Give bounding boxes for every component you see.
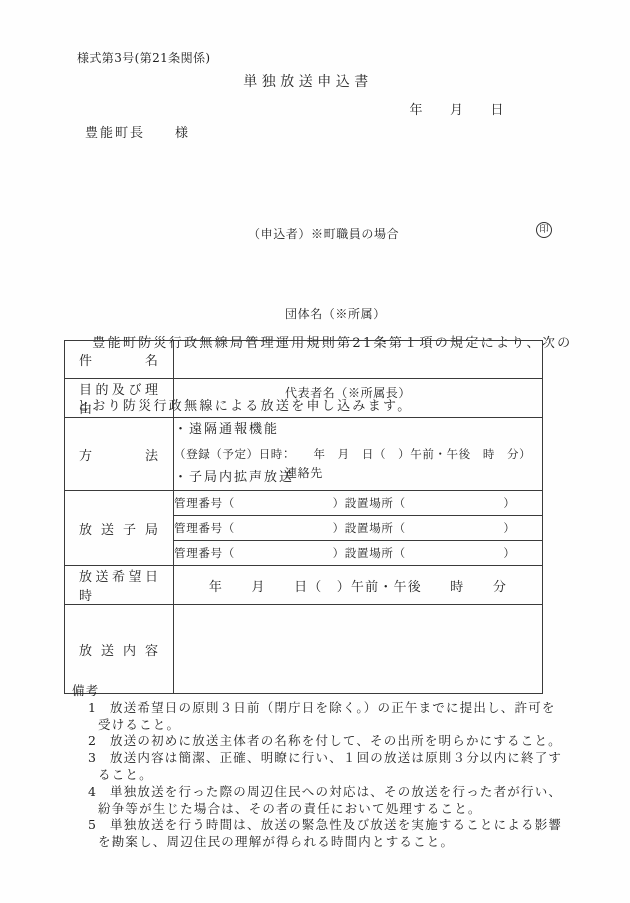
note-text-5-cont: を勘案し、周辺住民の理解が得られる時間内とすること。 bbox=[98, 834, 562, 851]
note-text-3-cont: ること。 bbox=[98, 767, 562, 784]
page-title: 単独放送申込書 bbox=[0, 71, 616, 91]
applicant-heading: （申込者）※町職員の場合 bbox=[248, 221, 411, 248]
desired-datetime-value: 年 月 日（ ）午前・午後 時 分 bbox=[174, 566, 543, 605]
note-item-3: 3放送内容は簡潔、正確、明瞭に行い、１回の放送は原則３分以内に終了す bbox=[72, 750, 562, 767]
form-number: 様式第3号(第21条関係) bbox=[77, 49, 210, 66]
addressee-line: 豊能町長 様 bbox=[85, 122, 190, 141]
note-text-4: 単独放送を行った際の周辺住民への対応は、その放送を行った者が行い、 bbox=[110, 784, 562, 799]
method-option-local-speaker: ・子局内拡声放送 bbox=[174, 466, 542, 490]
method-value-cell: ・遠隔通報機能 （登録（予定）日時： 年 月 日（ ）午前・午後 時 分） ・子… bbox=[174, 418, 543, 491]
note-text-1-cont: 受けること。 bbox=[98, 717, 562, 734]
desired-datetime-label: 放送希望日時 bbox=[65, 566, 174, 605]
substation-row-3: 管理番号（ ）設置場所（ ） bbox=[174, 541, 543, 566]
note-text-2: 放送の初めに放送主体者の名称を付して、その出所を明らかにすること。 bbox=[110, 733, 562, 748]
note-text-4-cont: 紛争等が生じた場合は、その者の責任において処理すること。 bbox=[98, 801, 562, 818]
substation-row-2: 管理番号（ ）設置場所（ ） bbox=[174, 516, 543, 541]
application-table: 件名 目的及び理由 方法 ・遠隔通報機能 （登録（予定）日時： 年 月 日（ ）… bbox=[64, 340, 543, 694]
subject-label: 件名 bbox=[65, 341, 174, 379]
substation-label: 放送子局 bbox=[65, 491, 174, 566]
note-number-3: 3 bbox=[88, 750, 110, 767]
method-option-remote: ・遠隔通報機能 bbox=[174, 418, 542, 442]
note-text-5: 単独放送を行う時間は、放送の緊急性及び放送を実施することによる影響 bbox=[110, 817, 562, 832]
notes-heading: 備考 bbox=[72, 683, 562, 700]
note-item-4: 4単独放送を行った際の周辺住民への対応は、その放送を行った者が行い、 bbox=[72, 784, 562, 801]
broadcast-content-label: 放送内容 bbox=[65, 605, 174, 694]
substation-row-1: 管理番号（ ）設置場所（ ） bbox=[174, 491, 543, 516]
date-line: 年 月 日 bbox=[409, 99, 504, 118]
method-registration-datetime: （登録（予定）日時： 年 月 日（ ）午前・午後 時 分） bbox=[174, 442, 542, 466]
note-number-2: 2 bbox=[88, 733, 110, 750]
note-number-1: 1 bbox=[88, 700, 110, 717]
seal-mark: 印 bbox=[536, 222, 552, 238]
note-item-2: 2放送の初めに放送主体者の名称を付して、その出所を明らかにすること。 bbox=[72, 733, 562, 750]
purpose-label: 目的及び理由 bbox=[65, 379, 174, 418]
notes-section: 備考 1放送希望日の原則３日前（閉庁日を除く。）の正午までに提出し、許可を 受け… bbox=[72, 683, 562, 851]
application-form-page: 様式第3号(第21条関係) 単独放送申込書 年 月 日 豊能町長 様 （申込者）… bbox=[0, 0, 630, 903]
broadcast-content-cell bbox=[174, 605, 543, 694]
method-label: 方法 bbox=[65, 418, 174, 491]
note-text-1: 放送希望日の原則３日前（閉庁日を除く。）の正午までに提出し、許可を bbox=[110, 700, 556, 715]
note-number-5: 5 bbox=[88, 817, 110, 834]
purpose-value-cell bbox=[174, 379, 543, 418]
note-number-4: 4 bbox=[88, 784, 110, 801]
subject-value-cell bbox=[174, 341, 543, 379]
note-item-5: 5単独放送を行う時間は、放送の緊急性及び放送を実施することによる影響 bbox=[72, 817, 562, 834]
note-text-3: 放送内容は簡潔、正確、明瞭に行い、１回の放送は原則３分以内に終了す bbox=[110, 750, 562, 765]
note-item-1: 1放送希望日の原則３日前（閉庁日を除く。）の正午までに提出し、許可を bbox=[72, 700, 562, 717]
